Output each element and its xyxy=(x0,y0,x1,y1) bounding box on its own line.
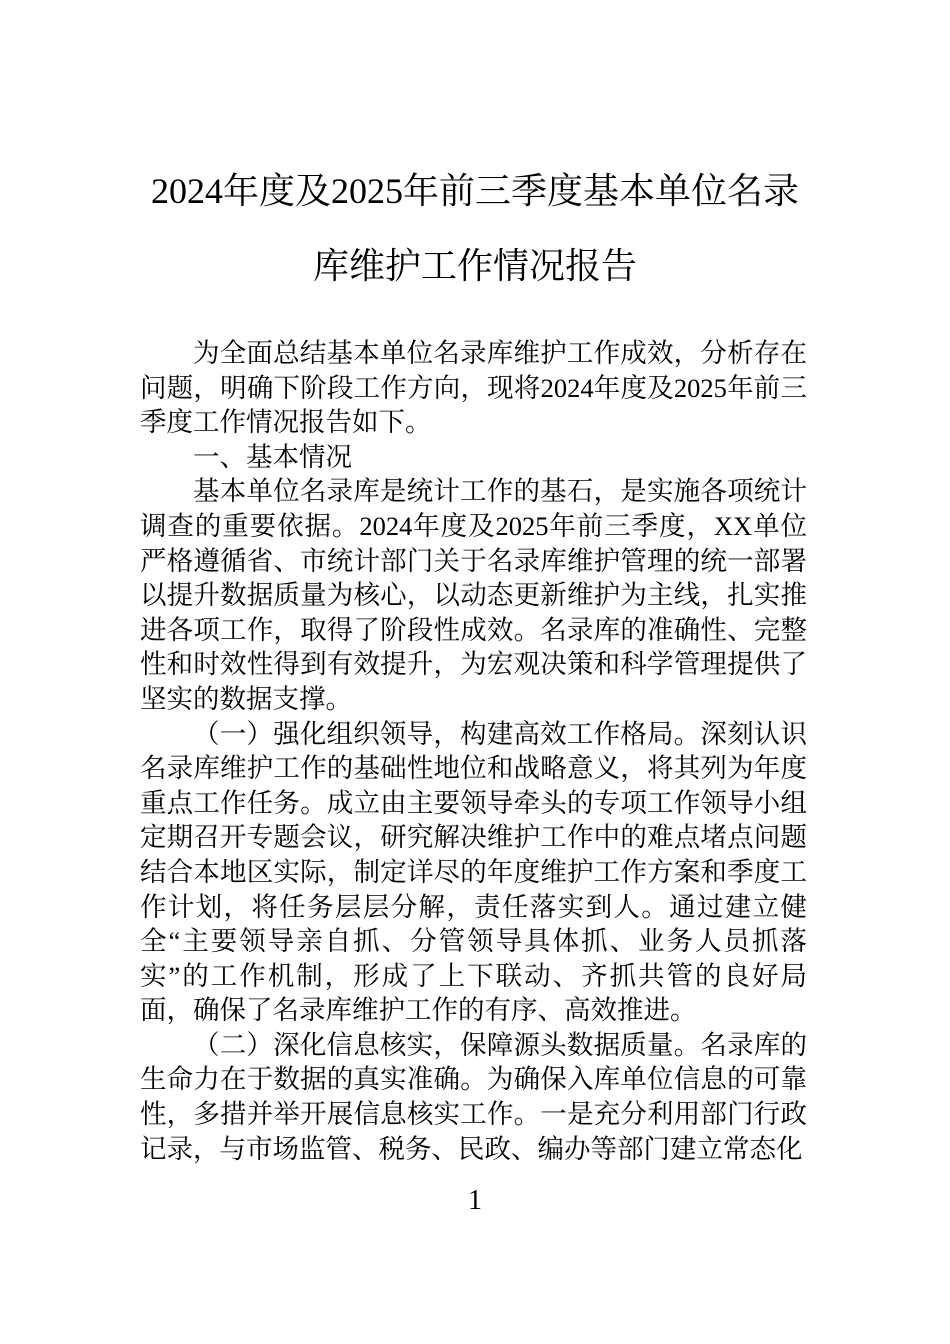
paragraph-subsection-2: （二）深化信息核实，保障源头数据质量。名录库的生命力在于数据的真实准确。为确保入… xyxy=(140,1028,807,1166)
document-title: 2024年度及2025年前三季度基本单位名录 库维护工作情况报告 xyxy=(60,154,890,304)
paragraph-overview: 基本单位名录库是统计工作的基石，是实施各项统计调查的重要依据。2024年度及20… xyxy=(140,474,807,716)
document-page: 2024年度及2025年前三季度基本单位名录 库维护工作情况报告 为全面总结基本… xyxy=(0,0,950,1344)
paragraph-intro: 为全面总结基本单位名录库维护工作成效，分析存在问题，明确下阶段工作方向，现将20… xyxy=(140,336,807,440)
section-heading-basic-situation: 一、基本情况 xyxy=(140,440,807,475)
title-line-1: 2024年度及2025年前三季度基本单位名录 xyxy=(60,154,890,229)
page-number: 1 xyxy=(0,1186,950,1216)
document-body: 为全面总结基本单位名录库维护工作成效，分析存在问题，明确下阶段工作方向，现将20… xyxy=(140,336,807,1166)
title-line-2: 库维护工作情况报告 xyxy=(60,229,890,304)
paragraph-subsection-1: （一）强化组织领导，构建高效工作格局。深刻认识名录库维护工作的基础性地位和战略意… xyxy=(140,717,807,1028)
